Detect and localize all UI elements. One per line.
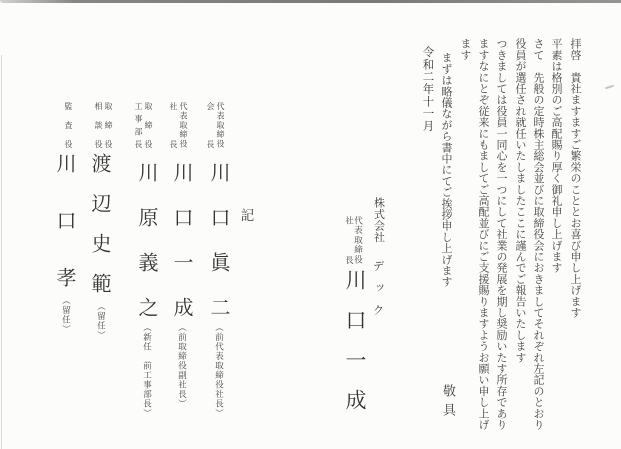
executive-name: 川口一成 [172,162,192,342]
closing-keigu: 敬具 [441,384,454,422]
executive-name: 渡辺史範 [90,153,110,313]
company-name: 株式会社 デック [372,197,385,326]
executive-note: （留任） [61,296,70,334]
scan-edge-left [1,55,2,449]
scan-smudge [605,85,614,90]
executive-note: （前代表取締役社長） [214,323,223,418]
body-line: まずは略儀ながら書中にてご挨拶申し上げます [441,52,452,287]
executive-title: 代表取締役 [179,102,187,149]
body-line: ます [460,38,471,60]
executive-title: 監査役 [64,102,72,159]
signer-name: 川口一成 [344,269,365,429]
body-line: 拝啓 貴社ますますご繁栄のこととお喜び申し上げます [570,38,581,318]
signer-title: 代表取締役 [353,216,362,265]
scan-edge-top [0,0,621,3]
executive-title: 取締役 [104,102,112,159]
executive-title-sub: 工事部長 [134,102,142,153]
body-line: つきましては役員一同心を一つにして社業の発展を期し奨励いたす所存であり [496,38,507,430]
executive-name: 川口眞二 [209,162,229,342]
company-brand: デック [372,247,386,326]
letter-page: 拝啓 貴社ますますご繁栄のこととお喜び申し上げます 平素は格別のご高配賜り厚く御… [0,0,621,449]
executive-note: （留任） [96,302,105,340]
body-line: さて 先般の定時株主総会並びに取締役会におきましてそれぞれ左記のとおり [533,38,544,430]
executive-title: 取締役 [144,102,152,159]
executive-note: （前取締役副社長） [177,323,186,409]
body-line: ますなにとぞ従来にもましてご高配並びにご支援賜りますようお願い申し上げ [478,38,489,430]
executive-note: （新任 前工事部長） [142,323,151,418]
date-line: 令和二年十一月 [422,46,434,132]
executive-title: 代表取締役 [216,102,224,149]
list-marker-ki: 記 [238,208,252,222]
company-prefix: 株式会社 [373,197,386,243]
body-line: 役員が選任され就任いたしましたここに謹んでご報告いたします [515,38,526,363]
body-line: 平素は格別のご高配賜り厚く御礼申し上げます [551,38,562,273]
executive-title-sub: 相談役 [94,102,102,159]
executive-name: 川原義之 [137,162,157,342]
